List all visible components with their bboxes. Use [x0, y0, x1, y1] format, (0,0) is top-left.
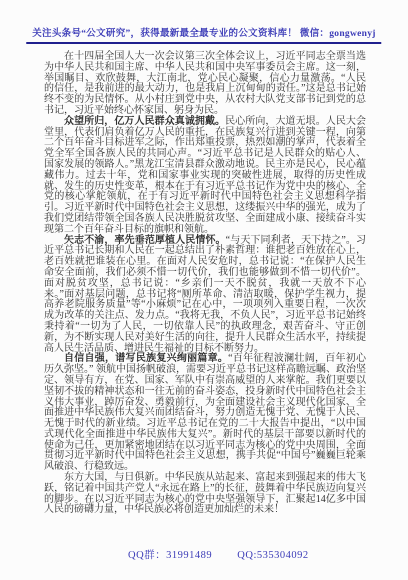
document-page: 关注头条号“公文研究”，获得最新最全最专业的公文资料库！ 微信：gongweny… — [0, 0, 408, 580]
promo-header-banner: 关注头条号“公文研究”，获得最新最全最专业的公文资料库！ 微信：gongweny… — [26, 25, 381, 44]
body-paragraph: 众望所归，亿万人民群众真诚拥戴。民心所向，大道无垠。人民大会堂里，代表们肩负着亿… — [44, 117, 366, 236]
paragraph-text: 东方大国，与日俱新。中华民族从站起来、富起来到强起来的伟大飞跃，铭记着中国共产党… — [44, 472, 366, 515]
body-paragraph: 自信自强，谱写民族复兴绚丽篇章。“百年征程波澜壮阔，百年初心历久弥坚。” 领航中… — [44, 354, 366, 473]
promo-footer-banner: QQ群：31991489 QQ:535304092 — [128, 547, 309, 562]
paragraph-lead: 自信自强，谱写民族复兴绚丽篇章。 — [64, 353, 228, 364]
paragraph-text: “百年征程波澜壮阔，百年初心历久弥坚。” 领航中国扬帆破浪，需要习近平总书记这样… — [44, 353, 366, 472]
body-paragraph: 东方大国，与日俱新。中华民族从站起来、富起来到强起来的伟大飞跃，铭记着中国共产党… — [44, 473, 366, 516]
qq-group-number: QQ群：31991489 — [128, 550, 212, 561]
body-paragraph: 矢志不渝，率先垂范厚植人民情怀。“与天下同利者，天下持之”。习近平总书记长期和人… — [44, 236, 366, 355]
paragraph-text: “与天下同利者，天下持之”。习近平总书记长期和人民在一起总结出了朴素哲理：谁把老… — [44, 235, 366, 354]
paragraph-lead: 众望所归，亿万人民群众真诚拥戴。 — [64, 116, 225, 127]
paragraph-text: 民心所向，大道无垠。人民大会堂里，代表们肩负着亿万人民的重托，在民族复兴行进到关… — [44, 116, 366, 235]
qq-number: QQ:535304092 — [237, 550, 308, 561]
body-paragraph: 在十四届全国人大一次会议第三次全体会议上，习近平同志全票当选为中华人民共和国主席… — [44, 52, 366, 117]
paragraph-text: 在十四届全国人大一次会议第三次全体会议上，习近平同志全票当选为中华人民共和国主席… — [44, 51, 366, 116]
document-body: 在十四届全国人大一次会议第三次全体会议上，习近平同志全票当选为中华人民共和国主席… — [44, 52, 366, 516]
paragraph-lead: 矢志不渝，率先垂范厚植人民情怀。 — [64, 235, 226, 246]
